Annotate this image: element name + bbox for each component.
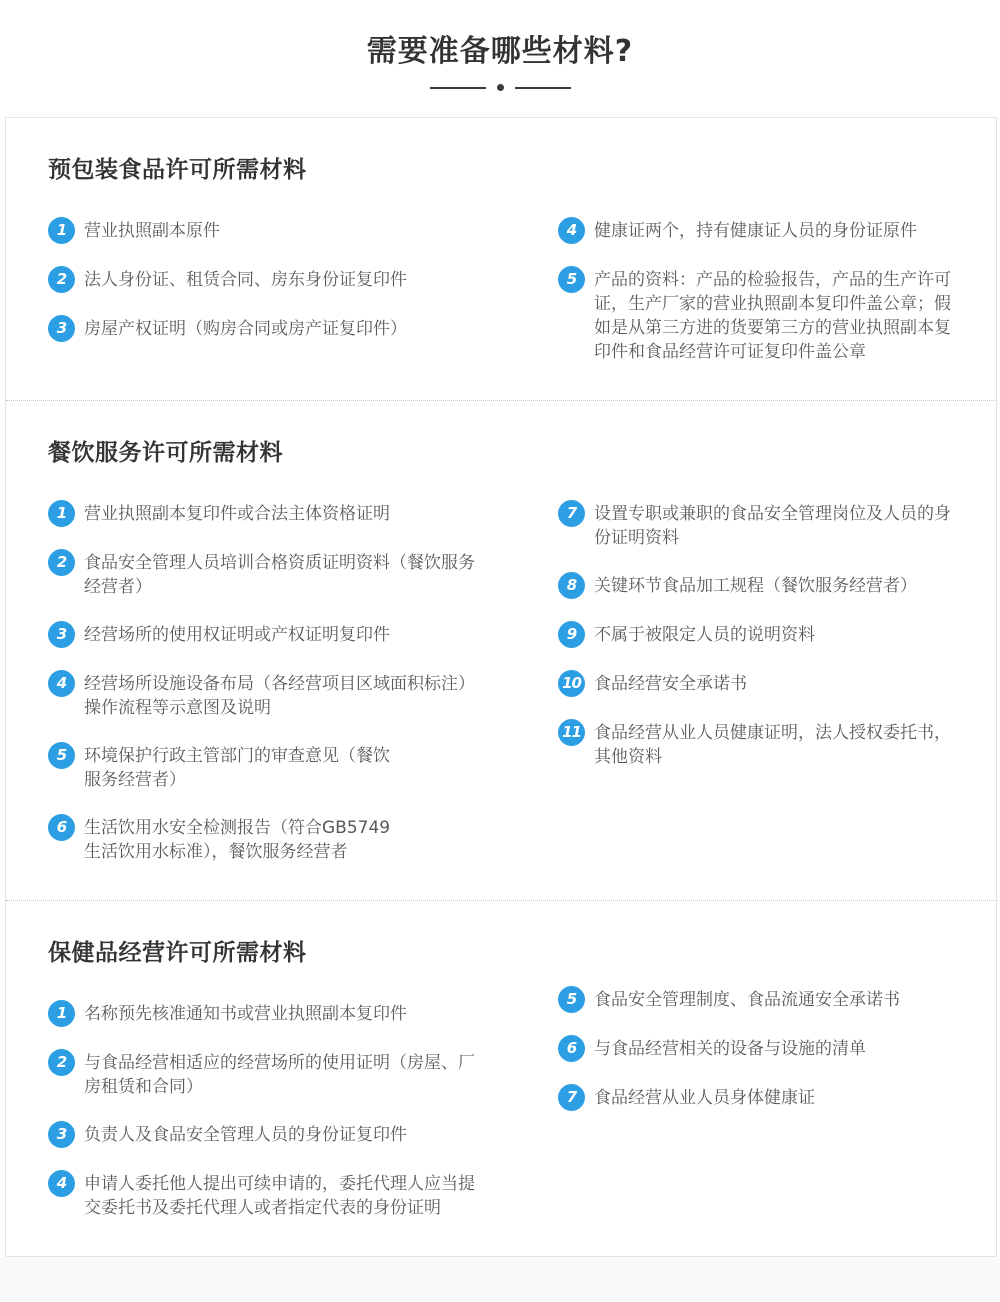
list-item: 11 食品经营从业人员健康证明，法人授权委托书， 其他资料 bbox=[558, 719, 978, 769]
section-title: 保健品经营许可所需材料 bbox=[48, 934, 970, 967]
section-columns: 1 名称预先核准通知书或营业执照副本复印件 2 与食品经营相适应的经营场所的使用… bbox=[48, 1000, 970, 1242]
item-number-badge: 2 bbox=[48, 1049, 75, 1076]
list-item: 5 食品安全管理制度、食品流通安全承诺书 bbox=[558, 986, 978, 1013]
page-background-strip bbox=[0, 1257, 1000, 1302]
item-text: 负责人及食品安全管理人员的身份证复印件 bbox=[84, 1121, 407, 1147]
item-number-badge: 9 bbox=[558, 621, 585, 648]
list-item: 9 不属于被限定人员的说明资料 bbox=[558, 621, 978, 648]
item-text: 食品安全管理人员培训合格资质证明资料（餐饮服务 经营者） bbox=[84, 549, 475, 599]
list-item: 7 食品经营从业人员身体健康证 bbox=[558, 1084, 978, 1111]
item-text: 房屋产权证明（购房合同或房产证复印件） bbox=[84, 315, 407, 341]
item-list-left: 1 营业执照副本复印件或合法主体资格证明 2 食品安全管理人员培训合格资质证明资… bbox=[48, 500, 530, 886]
section-health-products: 保健品经营许可所需材料 1 名称预先核准通知书或营业执照副本复印件 2 与食品经… bbox=[6, 900, 996, 1256]
page-title: 需要准备哪些材料? bbox=[0, 26, 1000, 70]
item-number-badge: 1 bbox=[48, 500, 75, 527]
item-number-badge: 1 bbox=[48, 217, 75, 244]
item-text: 关键环节食品加工规程（餐饮服务经营者） bbox=[594, 572, 917, 598]
divider-dot bbox=[497, 84, 504, 91]
item-text: 经营场所的使用权证明或产权证明复印件 bbox=[84, 621, 390, 647]
item-number-badge: 3 bbox=[48, 1121, 75, 1148]
list-item: 4 经营场所设施设备布局（各经营项目区域面积标注） 操作流程等示意图及说明 bbox=[48, 670, 530, 720]
list-item: 3 房屋产权证明（购房合同或房产证复印件） bbox=[48, 315, 530, 342]
item-number-badge: 2 bbox=[48, 266, 75, 293]
section-columns: 1 营业执照副本原件 2 法人身份证、租赁合同、房东身份证复印件 3 房屋产权证… bbox=[48, 217, 970, 386]
item-text: 食品经营从业人员健康证明，法人授权委托书， 其他资料 bbox=[594, 719, 951, 769]
item-text: 健康证两个，持有健康证人员的身份证原件 bbox=[594, 217, 917, 243]
item-list-left: 1 营业执照副本原件 2 法人身份证、租赁合同、房东身份证复印件 3 房屋产权证… bbox=[48, 217, 530, 364]
list-item: 4 申请人委托他人提出可续申请的，委托代理人应当提 交委托书及委托代理人或者指定… bbox=[48, 1170, 530, 1220]
list-item: 8 关键环节食品加工规程（餐饮服务经营者） bbox=[558, 572, 978, 599]
list-item: 6 与食品经营相关的设备与设施的清单 bbox=[558, 1035, 978, 1062]
item-number-badge: 7 bbox=[558, 1084, 585, 1111]
item-number-badge: 4 bbox=[48, 1170, 75, 1197]
list-item: 2 与食品经营相适应的经营场所的使用证明（房屋、厂 房租赁和合同） bbox=[48, 1049, 530, 1099]
item-number-badge: 6 bbox=[48, 814, 75, 841]
section-catering-service: 餐饮服务许可所需材料 1 营业执照副本复印件或合法主体资格证明 2 食品安全管理… bbox=[6, 400, 996, 900]
list-item: 4 健康证两个，持有健康证人员的身份证原件 bbox=[558, 217, 978, 244]
item-text: 食品经营从业人员身体健康证 bbox=[594, 1084, 815, 1110]
item-text: 食品经营安全承诺书 bbox=[594, 670, 747, 696]
page-header: 需要准备哪些材料? bbox=[0, 0, 1000, 91]
section-title: 餐饮服务许可所需材料 bbox=[48, 434, 970, 467]
title-divider bbox=[0, 84, 1000, 91]
content-card: 预包装食品许可所需材料 1 营业执照副本原件 2 法人身份证、租赁合同、房东身份… bbox=[5, 117, 997, 1257]
item-text: 经营场所设施设备布局（各经营项目区域面积标注） 操作流程等示意图及说明 bbox=[84, 670, 475, 720]
item-number-badge: 6 bbox=[558, 1035, 585, 1062]
item-list-right: 4 健康证两个，持有健康证人员的身份证原件 5 产品的资料：产品的检验报告，产品… bbox=[558, 217, 978, 386]
item-number-badge: 5 bbox=[558, 986, 585, 1013]
item-list-right: 7 设置专职或兼职的食品安全管理岗位及人员的身 份证明资料 8 关键环节食品加工… bbox=[558, 500, 978, 791]
item-number-badge: 2 bbox=[48, 549, 75, 576]
list-item: 3 负责人及食品安全管理人员的身份证复印件 bbox=[48, 1121, 530, 1148]
item-number-badge: 10 bbox=[558, 670, 585, 697]
list-item: 6 生活饮用水安全检测报告（符合GB5749 生活饮用水标准），餐饮服务经营者 bbox=[48, 814, 530, 864]
item-number-badge: 8 bbox=[558, 572, 585, 599]
item-text: 申请人委托他人提出可续申请的，委托代理人应当提 交委托书及委托代理人或者指定代表… bbox=[84, 1170, 475, 1220]
list-item: 1 营业执照副本原件 bbox=[48, 217, 530, 244]
divider-line-left bbox=[430, 87, 486, 89]
item-number-badge: 5 bbox=[48, 742, 75, 769]
item-number-badge: 3 bbox=[48, 315, 75, 342]
item-number-badge: 3 bbox=[48, 621, 75, 648]
list-item: 7 设置专职或兼职的食品安全管理岗位及人员的身 份证明资料 bbox=[558, 500, 978, 550]
list-item: 5 产品的资料：产品的检验报告，产品的生产许可 证，生产厂家的营业执照副本复印件… bbox=[558, 266, 978, 364]
item-text: 法人身份证、租赁合同、房东身份证复印件 bbox=[84, 266, 407, 292]
item-text: 与食品经营相适应的经营场所的使用证明（房屋、厂 房租赁和合同） bbox=[84, 1049, 475, 1099]
item-number-badge: 11 bbox=[558, 719, 585, 746]
list-item: 10 食品经营安全承诺书 bbox=[558, 670, 978, 697]
section-columns: 1 营业执照副本复印件或合法主体资格证明 2 食品安全管理人员培训合格资质证明资… bbox=[48, 500, 970, 886]
item-text: 与食品经营相关的设备与设施的清单 bbox=[594, 1035, 866, 1061]
item-text: 产品的资料：产品的检验报告，产品的生产许可 证，生产厂家的营业执照副本复印件盖公… bbox=[594, 266, 951, 364]
section-title: 预包装食品许可所需材料 bbox=[48, 151, 970, 184]
item-number-badge: 1 bbox=[48, 1000, 75, 1027]
list-item: 2 法人身份证、租赁合同、房东身份证复印件 bbox=[48, 266, 530, 293]
section-prepackaged-food: 预包装食品许可所需材料 1 营业执照副本原件 2 法人身份证、租赁合同、房东身份… bbox=[6, 118, 996, 400]
item-text: 名称预先核准通知书或营业执照副本复印件 bbox=[84, 1000, 407, 1026]
item-number-badge: 4 bbox=[48, 670, 75, 697]
item-text: 营业执照副本原件 bbox=[84, 217, 220, 243]
item-text: 设置专职或兼职的食品安全管理岗位及人员的身 份证明资料 bbox=[594, 500, 951, 550]
item-text: 生活饮用水安全检测报告（符合GB5749 生活饮用水标准），餐饮服务经营者 bbox=[84, 814, 390, 864]
item-number-badge: 7 bbox=[558, 500, 585, 527]
item-list-left: 1 名称预先核准通知书或营业执照副本复印件 2 与食品经营相适应的经营场所的使用… bbox=[48, 1000, 530, 1242]
list-item: 3 经营场所的使用权证明或产权证明复印件 bbox=[48, 621, 530, 648]
divider-line-right bbox=[515, 87, 571, 89]
item-number-badge: 4 bbox=[558, 217, 585, 244]
item-number-badge: 5 bbox=[558, 266, 585, 293]
list-item: 1 营业执照副本复印件或合法主体资格证明 bbox=[48, 500, 530, 527]
item-text: 不属于被限定人员的说明资料 bbox=[594, 621, 815, 647]
list-item: 1 名称预先核准通知书或营业执照副本复印件 bbox=[48, 1000, 530, 1027]
list-item: 5 环境保护行政主管部门的审查意见（餐饮 服务经营者） bbox=[48, 742, 530, 792]
list-item: 2 食品安全管理人员培训合格资质证明资料（餐饮服务 经营者） bbox=[48, 549, 530, 599]
item-text: 环境保护行政主管部门的审查意见（餐饮 服务经营者） bbox=[84, 742, 390, 792]
item-text: 食品安全管理制度、食品流通安全承诺书 bbox=[594, 986, 900, 1012]
item-list-right: 5 食品安全管理制度、食品流通安全承诺书 6 与食品经营相关的设备与设施的清单 … bbox=[558, 986, 978, 1133]
item-text: 营业执照副本复印件或合法主体资格证明 bbox=[84, 500, 390, 526]
